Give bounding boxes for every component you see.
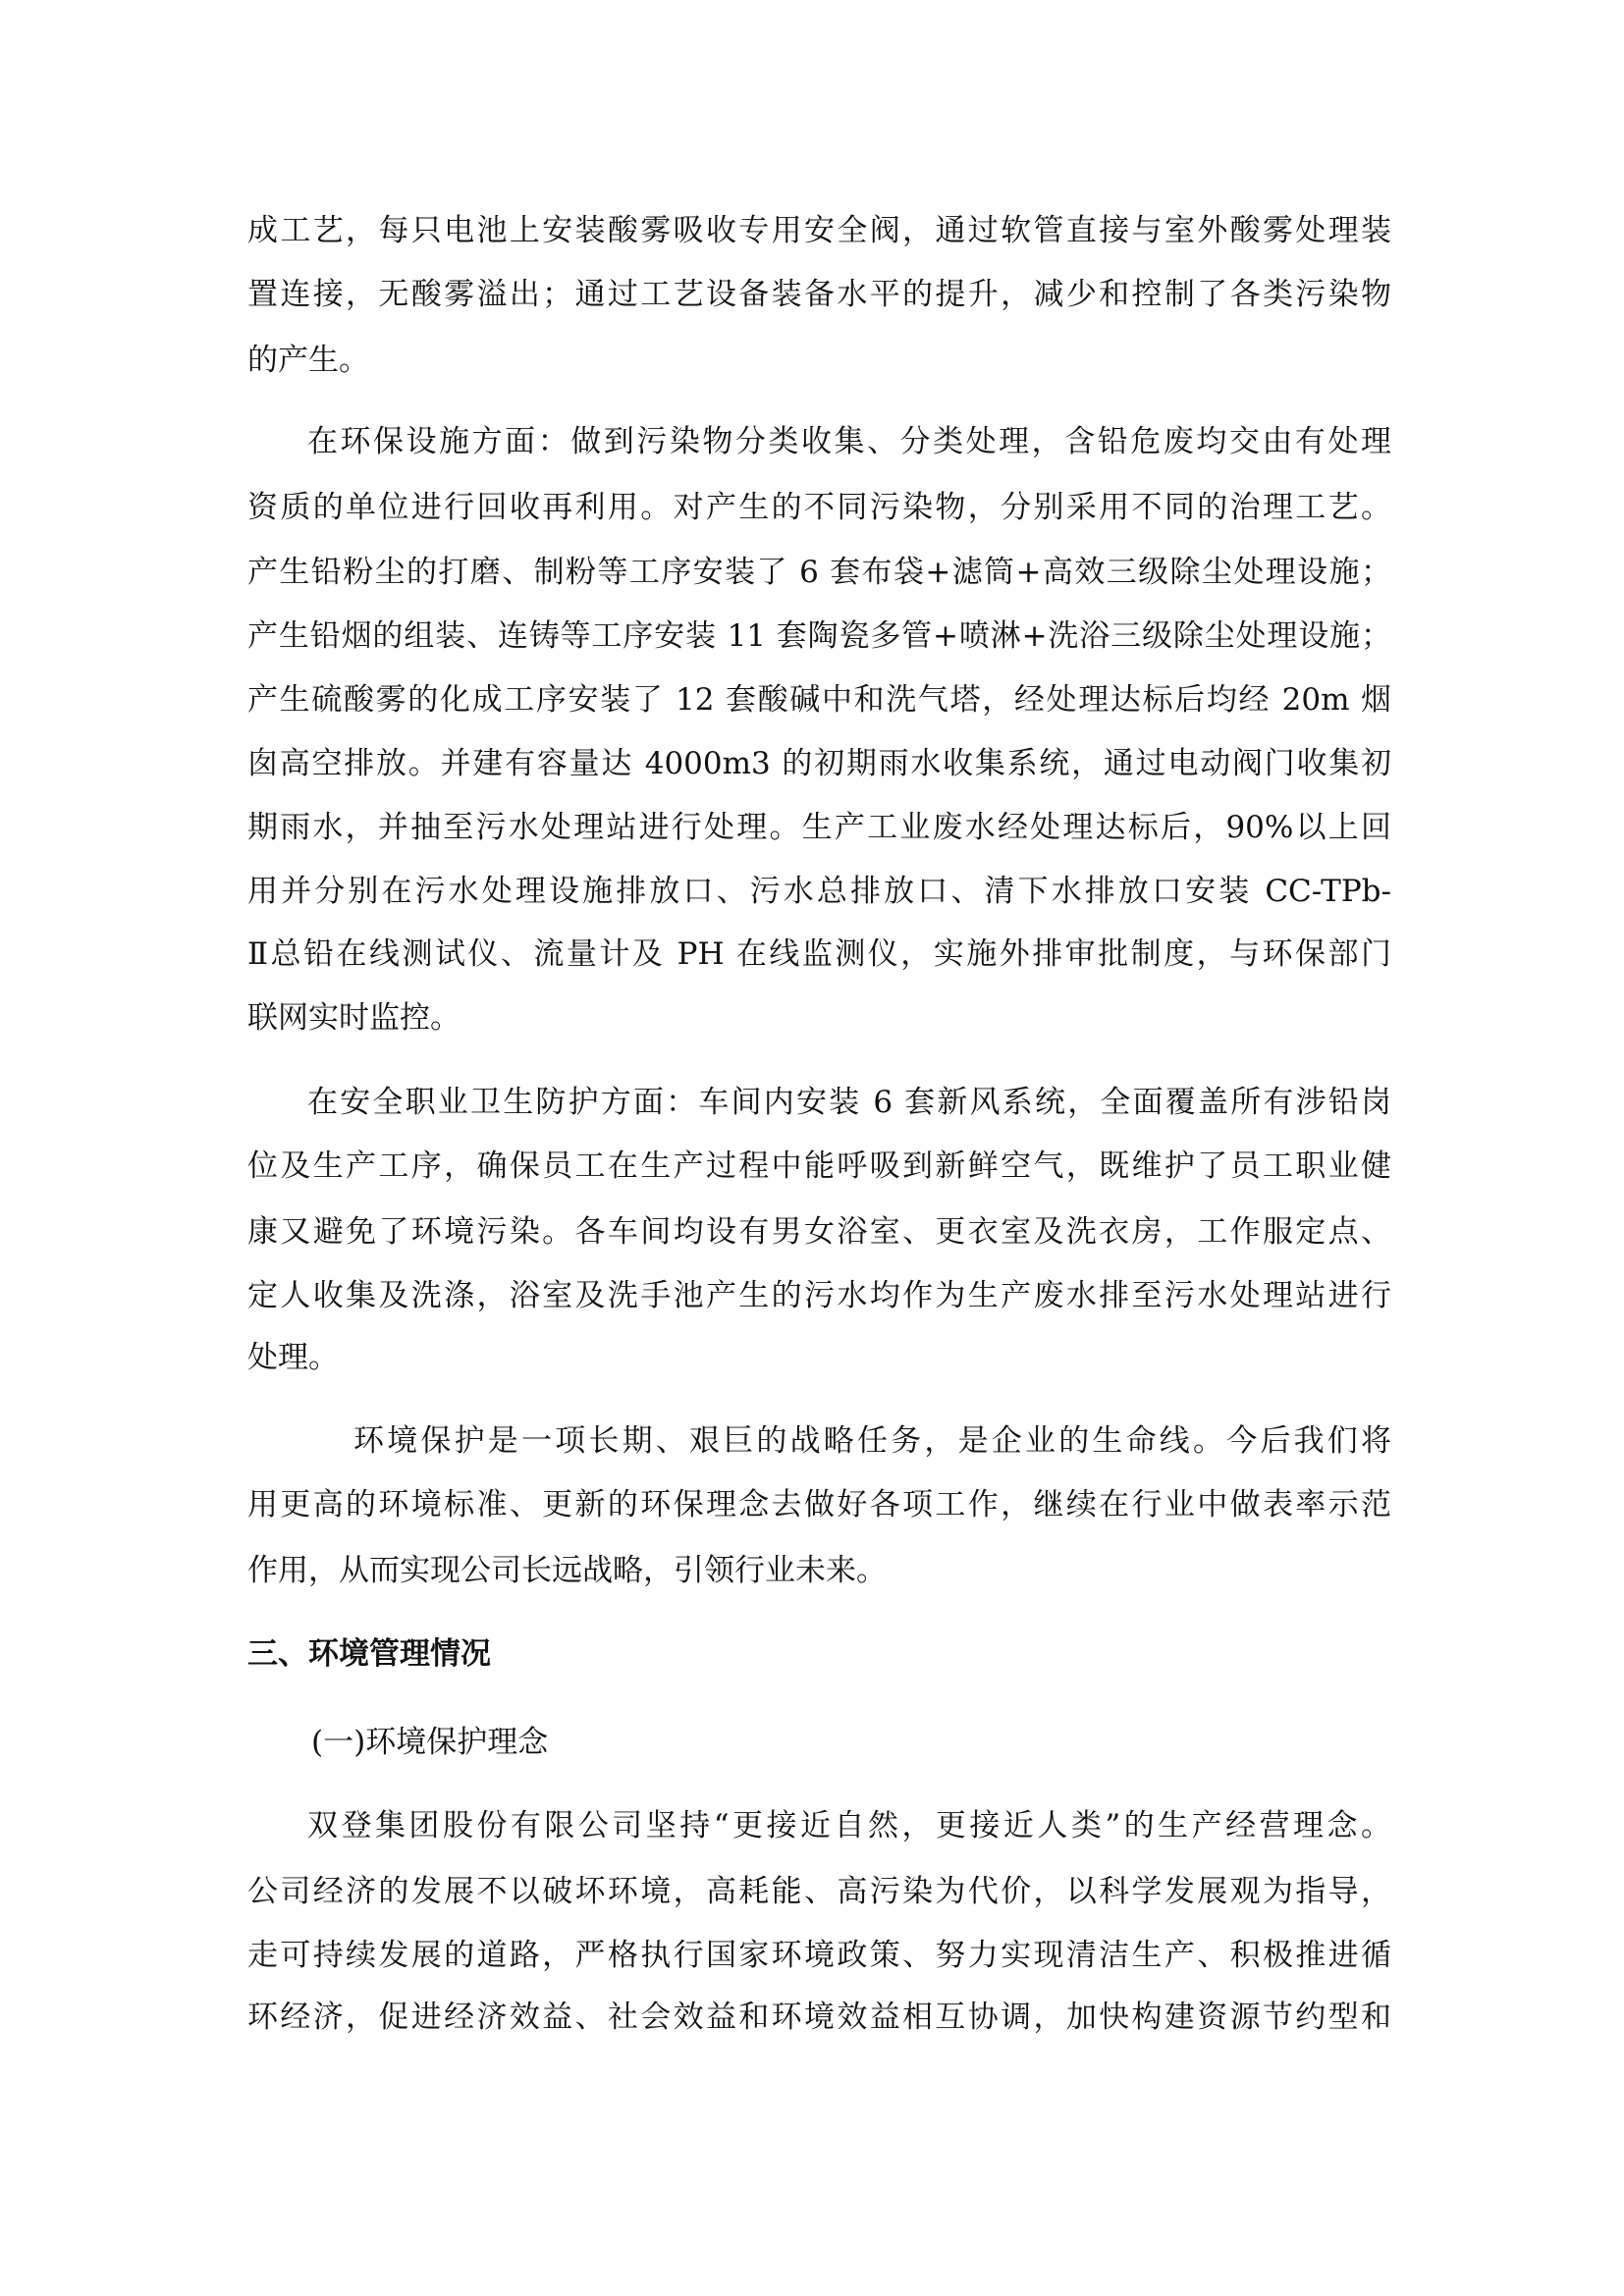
text-line: 在安全职业卫生防护方面：车间内安装 6 套新风系统，全面覆盖所有涉铅岗 <box>307 1083 1391 1122</box>
text-line: 用并分别在污水处理设施排放口、污水总排放口、清下水排放口安装 CC-TPb- <box>247 872 1391 911</box>
text-line: 处理。 <box>247 1338 1391 1377</box>
text-line: Ⅱ总铅在线测试仪、流量计及 PH 在线监测仪，实施外排审批制度，与环保部门 <box>247 934 1391 974</box>
text-line: 置连接，无酸雾溢出；通过工艺设备装备水平的提升，减少和控制了各类污染物 <box>247 275 1391 314</box>
text-line: 期雨水，并抽至污水处理站进行处理。生产工业废水经处理达标后，90%以上回 <box>247 808 1391 847</box>
text-line: 产生铅粉尘的打磨、制粉等工序安装了 6 套布袋+滤筒+高效三级除尘处理设施； <box>247 553 1391 592</box>
text-line: 产生铅烟的组装、连铸等工序安装 11 套陶瓷多管+喷淋+洗浴三级除尘处理设施； <box>247 616 1391 656</box>
text-line: 位及生产工序，确保员工在生产过程中能呼吸到新鲜空气，既维护了员工职业健 <box>247 1147 1391 1186</box>
document-page: 成工艺，每只电池上安装酸雾吸收专用安全阀，通过软管直接与室外酸雾处理装 置连接，… <box>0 0 1624 2296</box>
text-line: 用更高的环境标准、更新的环保理念去做好各项工作，继续在行业中做表率示范 <box>247 1485 1391 1524</box>
text-line: 的产生。 <box>247 341 1391 380</box>
text-line: 成工艺，每只电池上安装酸雾吸收专用安全阀，通过软管直接与室外酸雾处理装 <box>247 211 1391 250</box>
text-line: 囱高空排放。并建有容量达 4000m3 的初期雨水收集系统，通过电动阀门收集初 <box>247 744 1391 783</box>
subsection-heading: (一)环境保护理念 <box>311 1723 1391 1762</box>
text-line: 环境保护是一项长期、艰巨的战略任务，是企业的生命线。今后我们将 <box>353 1421 1391 1461</box>
text-line: 资质的单位进行回收再利用。对产生的不同污染物，分别采用不同的治理工艺。 <box>247 488 1391 527</box>
text-line: 定人收集及洗涤，浴室及洗手池产生的污水均作为生产废水排至污水处理站进行 <box>247 1276 1391 1315</box>
text-line: 走可持续发展的道路，严格执行国家环境政策、努力实现清洁生产、积极推进循 <box>247 1936 1391 1975</box>
text-line: 在环保设施方面：做到污染物分类收集、分类处理，含铅危废均交由有处理 <box>307 422 1391 461</box>
text-line: 产生硫酸雾的化成工序安装了 12 套酸碱中和洗气塔，经处理达标后均经 20m 烟 <box>247 680 1391 720</box>
text-line: 作用，从而实现公司长远战略，引领行业未来。 <box>247 1551 1391 1590</box>
text-line: 康又避免了环境污染。各车间均设有男女浴室、更衣室及洗衣房，工作服定点、 <box>247 1212 1391 1252</box>
section-heading: 三、环境管理情况 <box>247 1634 1391 1674</box>
text-line: 双登集团股份有限公司坚持“更接近自然，更接近人类”的生产经营理念。 <box>307 1806 1391 1845</box>
text-line: 环经济，促进经济效益、社会效益和环境效益相互协调，加快构建资源节约型和 <box>247 1998 1391 2037</box>
text-line: 联网实时监控。 <box>247 998 1391 1038</box>
text-line: 公司经济的发展不以破坏环境，高耗能、高污染为代价，以科学发展观为指导， <box>247 1872 1391 1911</box>
